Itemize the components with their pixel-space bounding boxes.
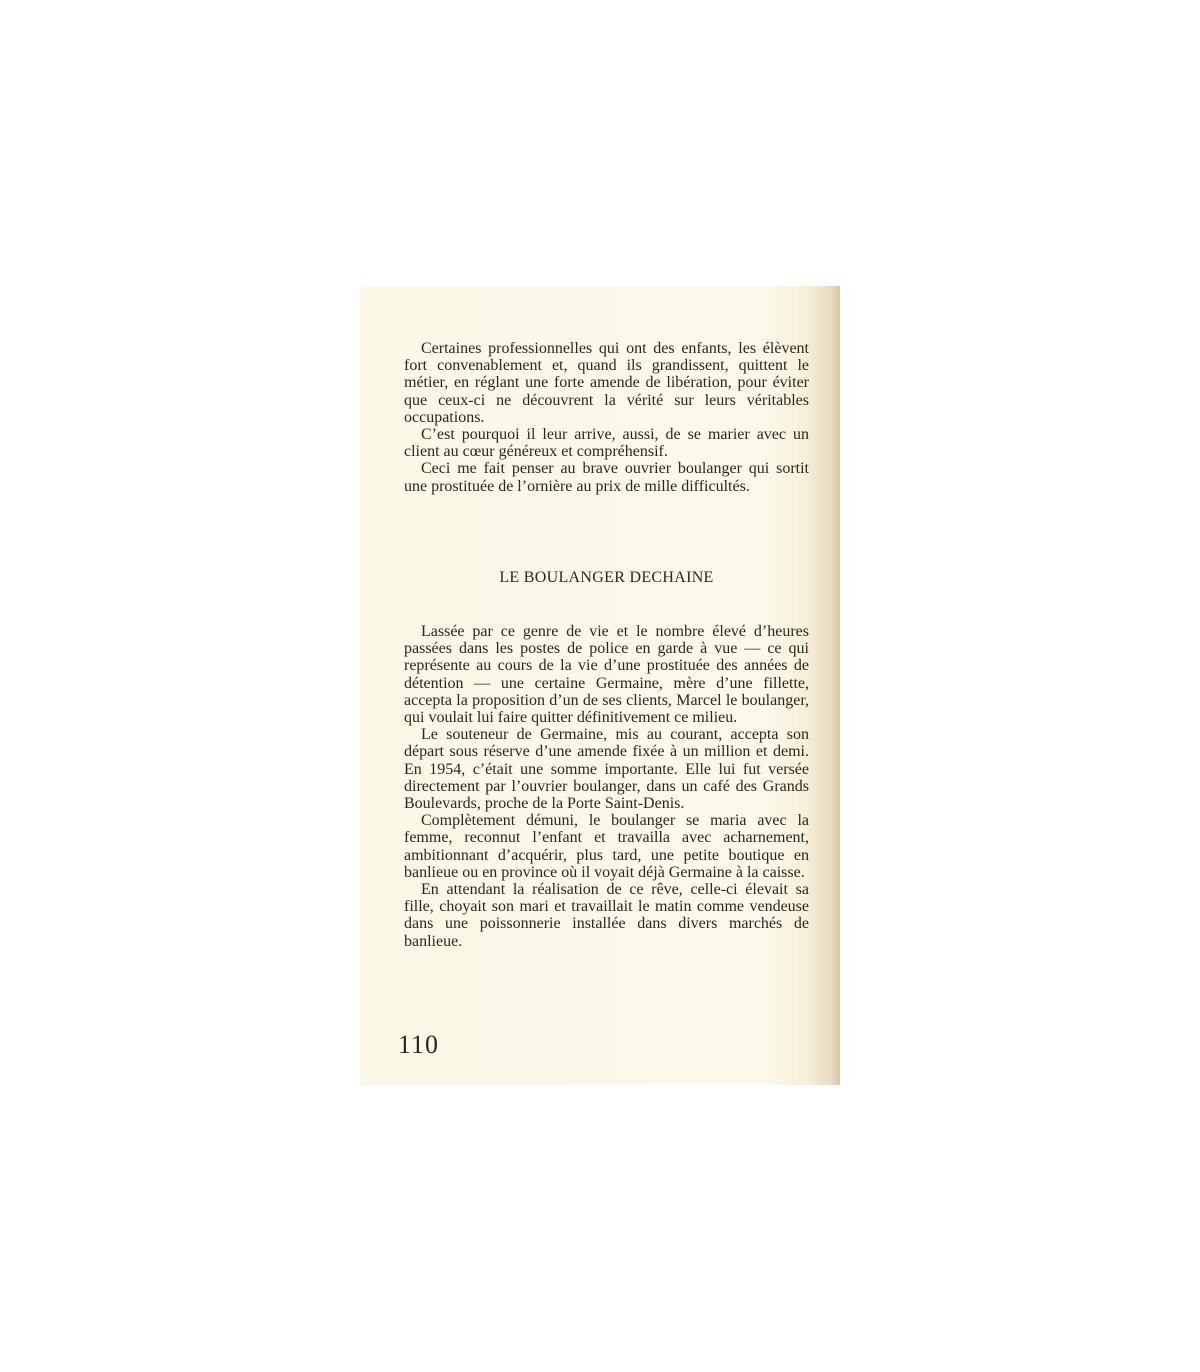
text-block-intro: Certaines professionnelles qui ont des e… xyxy=(404,340,809,495)
page-number: 110 xyxy=(398,1030,439,1060)
paragraph: C’est pourquoi il leur arrive, aussi, de… xyxy=(404,426,809,460)
paragraph: Ceci me fait penser au brave ouvrier bou… xyxy=(404,460,809,494)
section-heading: LE BOULANGER DECHAINE xyxy=(404,569,809,587)
paragraph: Certaines professionnelles qui ont des e… xyxy=(404,340,809,426)
paragraph: Le souteneur de Germaine, mis au courant… xyxy=(404,726,809,812)
book-page: Certaines professionnelles qui ont des e… xyxy=(360,286,840,1085)
paragraph: Complètement démuni, le boulanger se mar… xyxy=(404,812,809,881)
paragraph: En attendant la réalisation de ce rêve, … xyxy=(404,881,809,950)
paragraph: Lassée par ce genre de vie et le nombre … xyxy=(404,623,809,726)
text-block-section: Lassée par ce genre de vie et le nombre … xyxy=(404,623,809,950)
